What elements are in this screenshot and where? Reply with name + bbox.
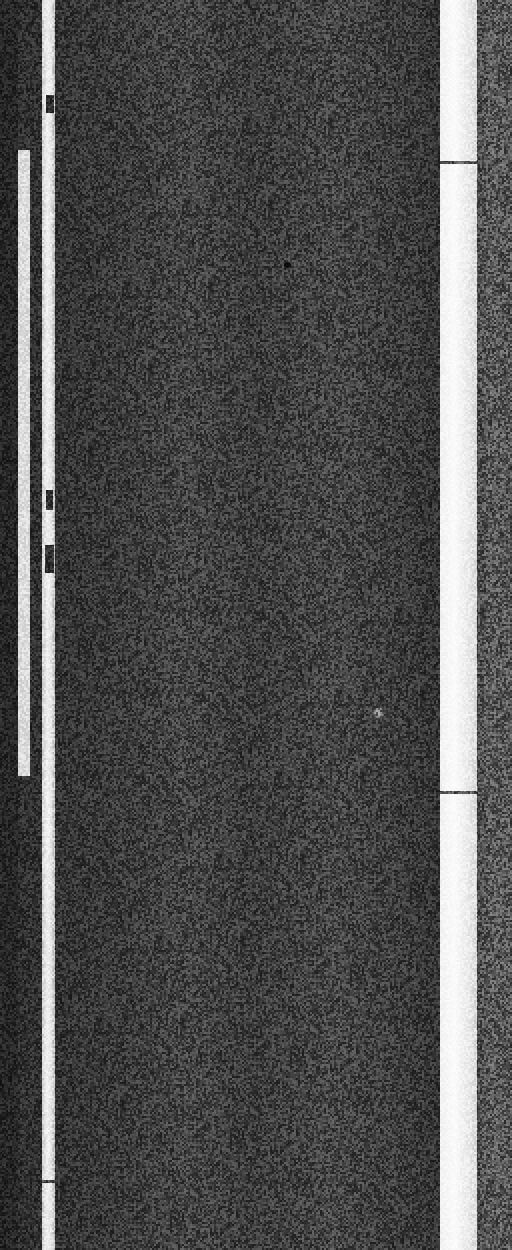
asphalt-texture	[0, 0, 512, 1250]
road-scene	[0, 0, 512, 1250]
